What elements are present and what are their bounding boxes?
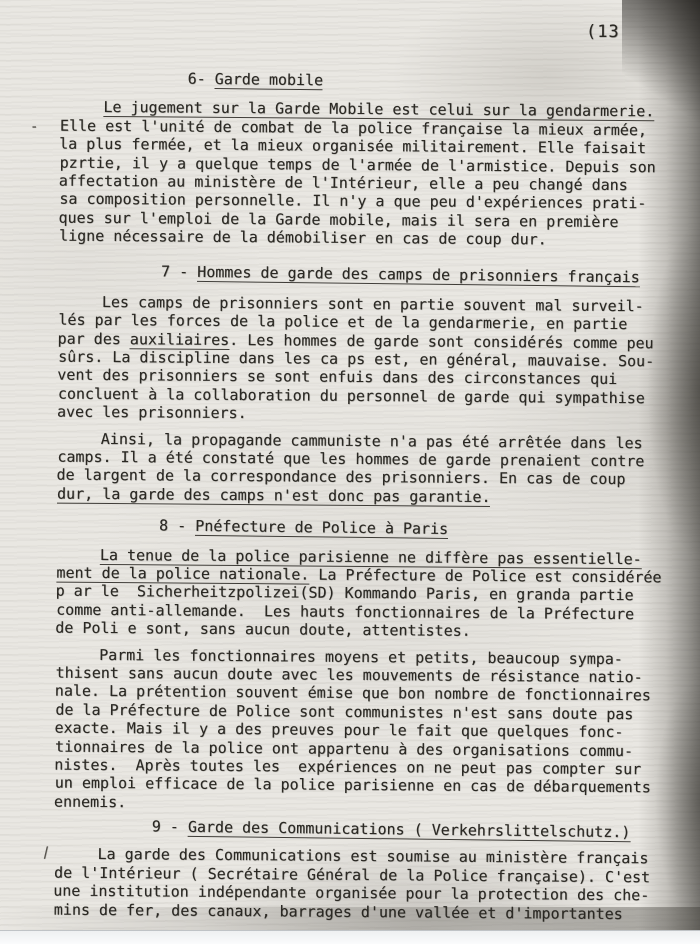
stray-margin-mark: - xyxy=(30,119,38,135)
section-title: Pnéfecture de Police à Paris xyxy=(195,517,448,539)
section-title: Garde des Communications ( Verkehrslitte… xyxy=(188,818,631,842)
section-heading: 6- Garde mobile xyxy=(188,70,666,94)
scanner-bed-strip xyxy=(0,930,700,944)
section-title: Garde mobile xyxy=(215,70,324,90)
paragraph: Ainsi, la propagande cammuniste n'a pas … xyxy=(56,429,663,507)
document-section: 7 - Hommes de garde des camps de prisonn… xyxy=(56,261,664,507)
section-heading: 7 - Hommes de garde des camps de prisonn… xyxy=(161,262,664,287)
section-number: 7 - xyxy=(161,262,197,280)
section-heading: 9 - Garde des Communications ( Verkehrsl… xyxy=(152,817,660,842)
paragraph: Parmi les fonctionnaires moyens et petit… xyxy=(54,645,661,815)
paragraph: Le jugement sur la Garde Mobile est celu… xyxy=(58,98,665,250)
stray-margin-mark: / xyxy=(40,844,52,861)
paragraph: Les camps de prisonniers sont en partie … xyxy=(57,293,664,426)
section-number: 8 - xyxy=(159,517,195,535)
section-number: 9 - xyxy=(152,817,188,835)
document-section: 6- Garde mobileLe jugement sur la Garde … xyxy=(58,69,665,250)
paragraph: La tenue de la police parisienne ne diff… xyxy=(55,545,662,642)
section-heading: 8 - Pnéfecture de Police à Paris xyxy=(159,517,662,542)
text-line: ligne nécessaire de la démobiliser en ca… xyxy=(59,227,665,250)
document-section: 9 - Garde des Communications ( Verkehrsl… xyxy=(53,817,660,924)
text-line: mins de fer, des canaux, barrages d'une … xyxy=(54,900,660,923)
section-title: Hommes de garde des camps de prisonniers… xyxy=(197,262,640,286)
text-line: dur, la garde des camps n'est donc pas g… xyxy=(57,484,663,507)
paragraph: La garde des Communications est soumise … xyxy=(53,845,660,923)
document-content: 6- Garde mobileLe jugement sur la Garde … xyxy=(53,0,666,923)
section-number: 6- xyxy=(188,70,215,88)
scanned-document-page: (13 - / 6- Garde mobileLe jugement sur l… xyxy=(0,0,700,944)
document-section: 8 - Pnéfecture de Police à ParisLa tenue… xyxy=(54,516,662,816)
text-line: ment de la police nationale. La Préfectu… xyxy=(56,564,662,587)
